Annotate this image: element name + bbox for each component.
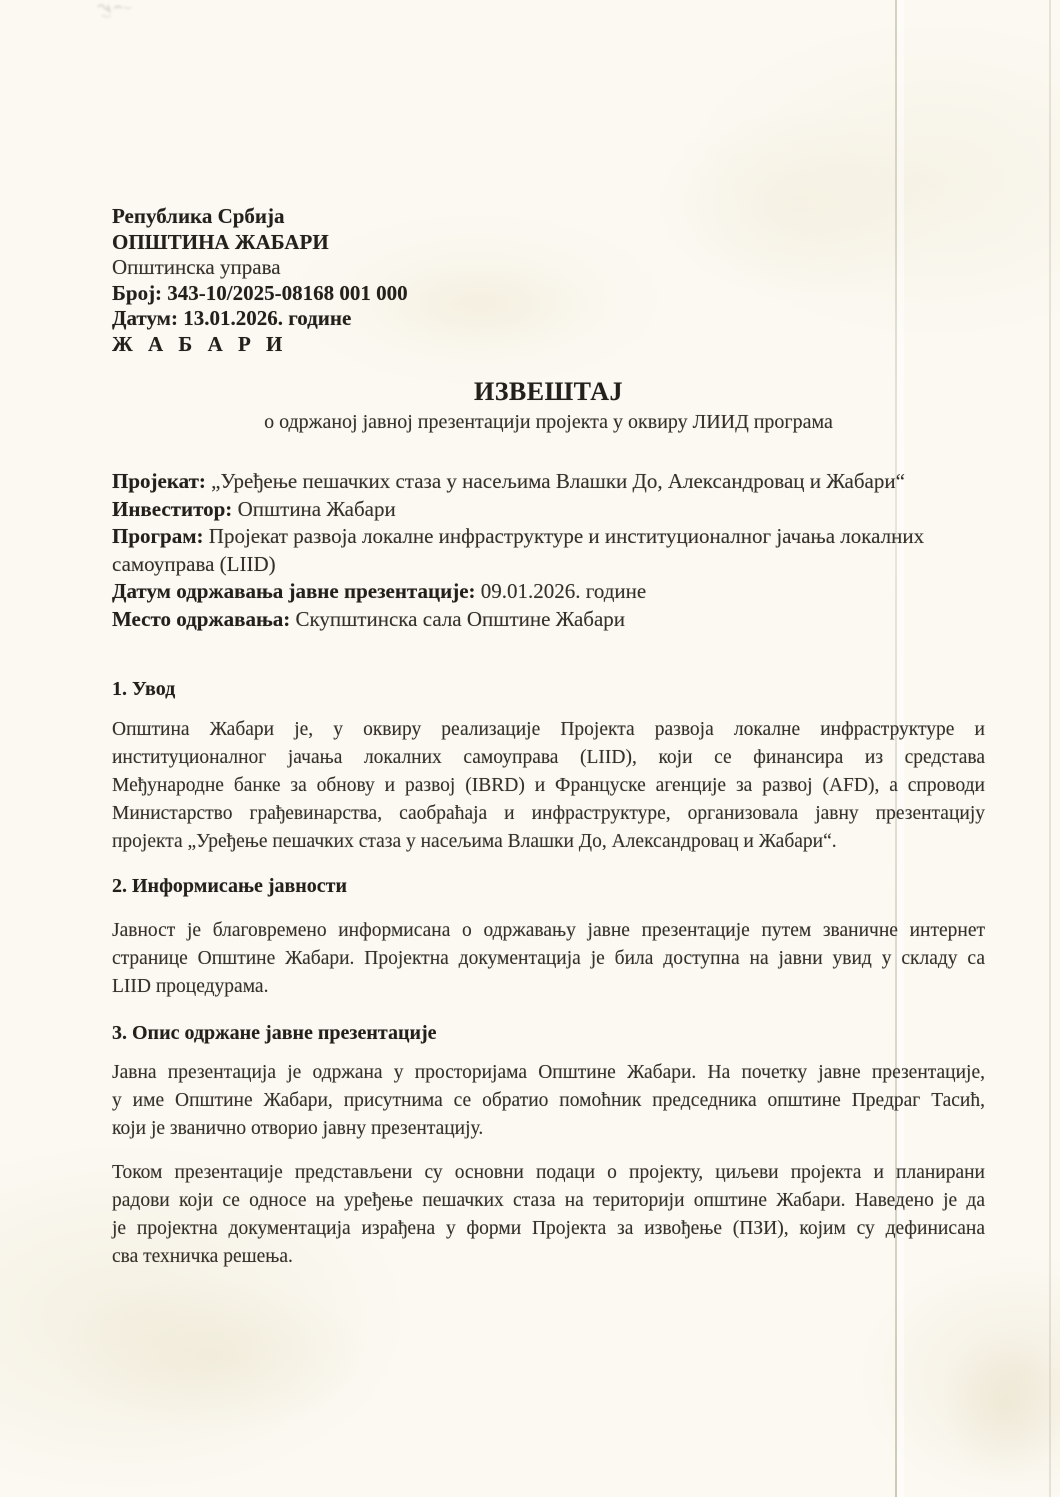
- text-line: Министарство грађевинарства, саобраћаја …: [112, 800, 985, 828]
- scanned-document-page: Република СрбијаОПШТИНА ЖАБАРИОпштинска …: [0, 0, 1060, 1497]
- field-value: Општина Жабари: [232, 497, 395, 521]
- scan-smudge: [94, 1, 150, 27]
- field-label: Програм:: [112, 524, 204, 548]
- letterhead-line: Датум: 13.01.2026. године: [112, 306, 408, 332]
- section-2-paragraph-1: Јавност је благовремено информисана о од…: [112, 917, 985, 1001]
- text-line: институционалног јачања локалних самоупр…: [112, 744, 985, 772]
- text-line: Јавна презентација је одржана у простори…: [112, 1059, 985, 1087]
- section-3-heading: 3. Опис одржане јавне презентације: [112, 1019, 437, 1047]
- text-line: LIID процедурама.: [112, 973, 985, 1001]
- document-subtitle: о одржаној јавној презентацији пројекта …: [112, 411, 985, 434]
- text-line: у име Општине Жабари, присутнима се обра…: [112, 1087, 985, 1115]
- field-label: Инвеститор:: [112, 497, 232, 521]
- field-line: Пројекат: „Уређење пешачких стаза у насе…: [112, 468, 985, 496]
- text-line: сва техничка решења.: [112, 1243, 985, 1271]
- letterhead-line: Република Србија: [112, 204, 408, 230]
- text-line: странице Општине Жабари. Пројектна докум…: [112, 945, 985, 973]
- text-line: је пројектна документација израђена у фо…: [112, 1215, 985, 1243]
- field-value: Пројекат развоја локалне инфраструктуре …: [112, 524, 924, 576]
- letterhead-line: Ж А Б А Р И: [112, 332, 408, 358]
- text-line: Јавност је благовремено информисана о од…: [112, 917, 985, 945]
- field-label: Место одржавања:: [112, 607, 290, 631]
- field-value: „Уређење пешачких стаза у насељима Влашк…: [206, 469, 905, 493]
- text-line: Општина Жабари је, у оквиру реализације …: [112, 716, 985, 744]
- text-line: Током презентације представљени су основ…: [112, 1159, 985, 1187]
- text-line: пројекта „Уређење пешачких стаза у насељ…: [112, 828, 985, 856]
- document-letterhead: Република СрбијаОПШТИНА ЖАБАРИОпштинска …: [112, 204, 408, 358]
- field-line: Место одржавања: Скупштинска сала Општин…: [112, 606, 985, 634]
- scan-blotch: [40, 1270, 380, 1440]
- section-1-heading: 1. Увод: [112, 675, 175, 703]
- text-line: радови који се односе на уређење пешачки…: [112, 1187, 985, 1215]
- field-label: Датум одржавања јавне презентације:: [112, 579, 476, 603]
- letterhead-line: ОПШТИНА ЖАБАРИ: [112, 230, 408, 256]
- section-2-heading: 2. Информисање јавности: [112, 872, 347, 900]
- field-line: Датум одржавања јавне презентације: 09.0…: [112, 578, 985, 606]
- section-1-paragraph-1: Општина Жабари је, у оквиру реализације …: [112, 716, 985, 856]
- page-edge-line: [1049, 0, 1051, 1497]
- field-line: Програм: Пројекат развоја локалне инфрас…: [112, 523, 985, 578]
- text-line: који је званично отворио јавну презентац…: [112, 1115, 985, 1143]
- field-line: Инвеститор: Општина Жабари: [112, 496, 985, 524]
- field-value: 09.01.2026. године: [476, 579, 647, 603]
- letterhead-line: Општинска управа: [112, 255, 408, 281]
- text-line: Међународне банке за обнову и развој (IB…: [112, 772, 985, 800]
- field-label: Пројекат:: [112, 469, 206, 493]
- letterhead-line: Број: 343-10/2025-08168 001 000: [112, 281, 408, 307]
- scan-blotch: [930, 1320, 1060, 1490]
- section-3-paragraph-2: Током презентације представљени су основ…: [112, 1159, 985, 1271]
- document-title: ИЗВЕШТАЈ: [112, 377, 985, 407]
- field-value: Скупштинска сала Општине Жабари: [290, 607, 625, 631]
- section-3-paragraph-1: Јавна презентација је одржана у простори…: [112, 1059, 985, 1143]
- scan-blotch: [640, 100, 960, 310]
- project-info-fields: Пројекат: „Уређење пешачких стаза у насе…: [112, 468, 985, 633]
